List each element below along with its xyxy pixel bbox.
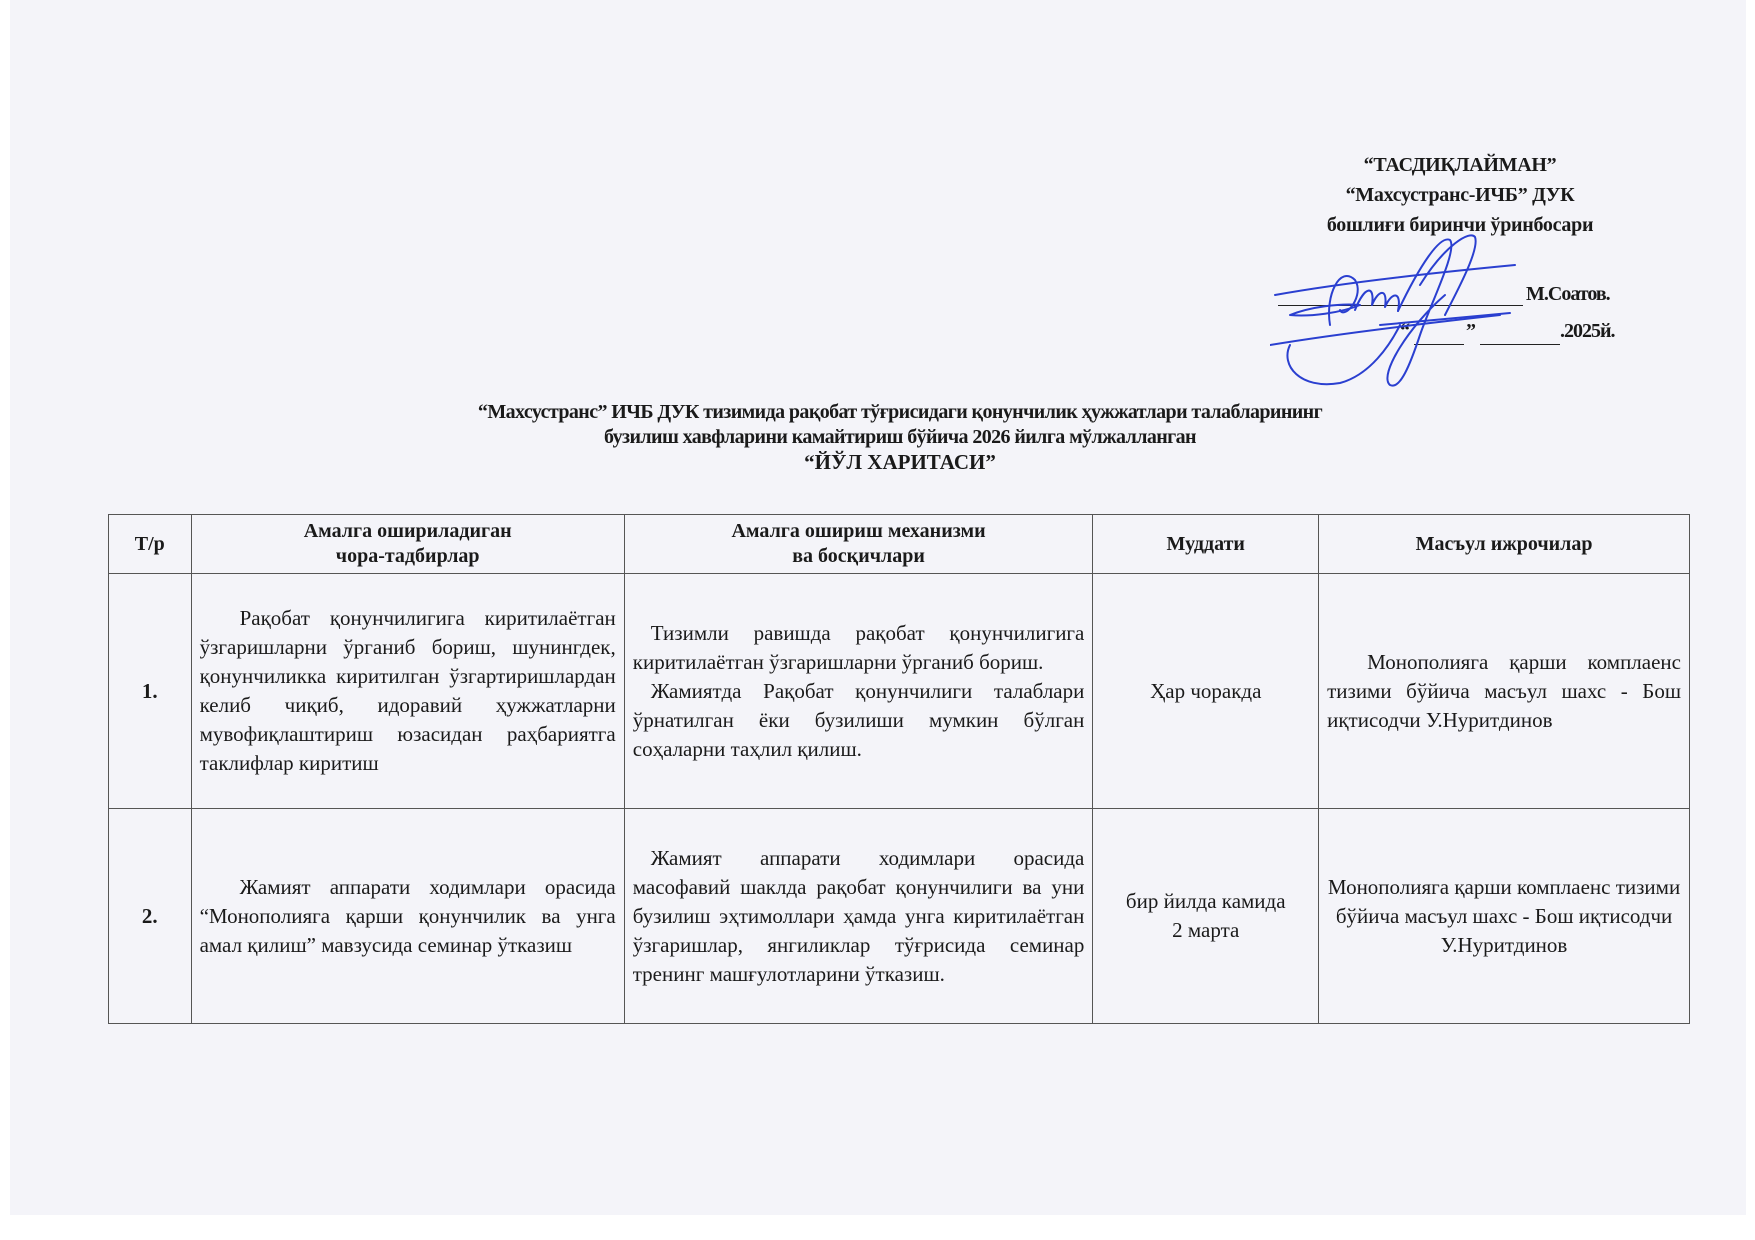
signer-name: М.Соатов. — [1526, 283, 1610, 306]
approval-position: бошлиғи биринчи ўринбосари — [1265, 210, 1655, 240]
document-title: “Махсустранс” ИЧБ ДУК тизимида рақобат т… — [310, 400, 1490, 475]
signature-line: М.Соатов. — [1278, 283, 1628, 309]
signature-underline — [1278, 305, 1523, 306]
title-line-1: “Махсустранс” ИЧБ ДУК тизимида рақобат т… — [310, 400, 1490, 425]
handwritten-signature-icon — [1270, 225, 1520, 395]
header-mechanism: Амалга ошириш механизми ва босқичлари — [624, 515, 1093, 574]
date-open-quote: “ — [1400, 320, 1410, 343]
row-deadline: бир йилда камида 2 марта — [1093, 809, 1319, 1024]
roadmap-table: Т/р Амалга ошириладиган чора-тадбирлар А… — [108, 514, 1690, 1024]
title-line-3: “ЙЎЛ ХАРИТАСИ” — [310, 450, 1490, 475]
table-row: 2. Жамият аппарати ходимлари орасида “Мо… — [109, 809, 1690, 1024]
mechanism-paragraph: Жамият аппарати ходимлари орасида масофа… — [633, 844, 1085, 989]
row-measures: Жамият аппарати ходимлари орасида “Моноп… — [191, 809, 624, 1024]
approval-heading: “ТАСДИҚЛАЙМАН” — [1265, 150, 1655, 180]
approval-block: “ТАСДИҚЛАЙМАН” “Махсустранс-ИЧБ” ДУК бош… — [1265, 150, 1655, 240]
row-number: 1. — [109, 574, 192, 809]
table-row: 1. Рақобат қонунчилигига киритилаётган ў… — [109, 574, 1690, 809]
row-responsible: Монополияга қарши комплаенс тизими бўйич… — [1319, 574, 1690, 809]
title-line-2: бузилиш хавфларини камайтириш бўйича 202… — [310, 425, 1490, 450]
row-mechanism: Тизимли равишда рақобат қонунчилигига ки… — [624, 574, 1093, 809]
row-mechanism: Жамият аппарати ходимлари орасида масофа… — [624, 809, 1093, 1024]
header-measures: Амалга ошириладиган чора-тадбирлар — [191, 515, 624, 574]
date-close-quote: ” — [1466, 320, 1476, 343]
mechanism-paragraph: Жамиятда Рақобат қонунчилиги талаблари ў… — [633, 677, 1085, 764]
row-number: 2. — [109, 809, 192, 1024]
header-deadline: Муддати — [1093, 515, 1319, 574]
document-page: “ТАСДИҚЛАЙМАН” “Махсустранс-ИЧБ” ДУК бош… — [10, 0, 1746, 1215]
row-responsible: Монополияга қарши комплаенс тизими бўйич… — [1319, 809, 1690, 1024]
table-header-row: Т/р Амалга ошириладиган чора-тадбирлар А… — [109, 515, 1690, 574]
header-responsible: Масъул ижрочилар — [1319, 515, 1690, 574]
approval-organization: “Махсустранс-ИЧБ” ДУК — [1265, 180, 1655, 210]
date-month-blank — [1480, 344, 1560, 345]
date-day-blank — [1414, 344, 1464, 345]
approval-date: “ ” .2025й. — [1400, 320, 1640, 348]
date-year: .2025й. — [1560, 320, 1615, 343]
row-deadline: Ҳар чоракда — [1093, 574, 1319, 809]
mechanism-paragraph: Тизимли равишда рақобат қонунчилигига ки… — [633, 619, 1085, 677]
row-measures: Рақобат қонунчилигига киритилаётган ўзга… — [191, 574, 624, 809]
header-num: Т/р — [109, 515, 192, 574]
